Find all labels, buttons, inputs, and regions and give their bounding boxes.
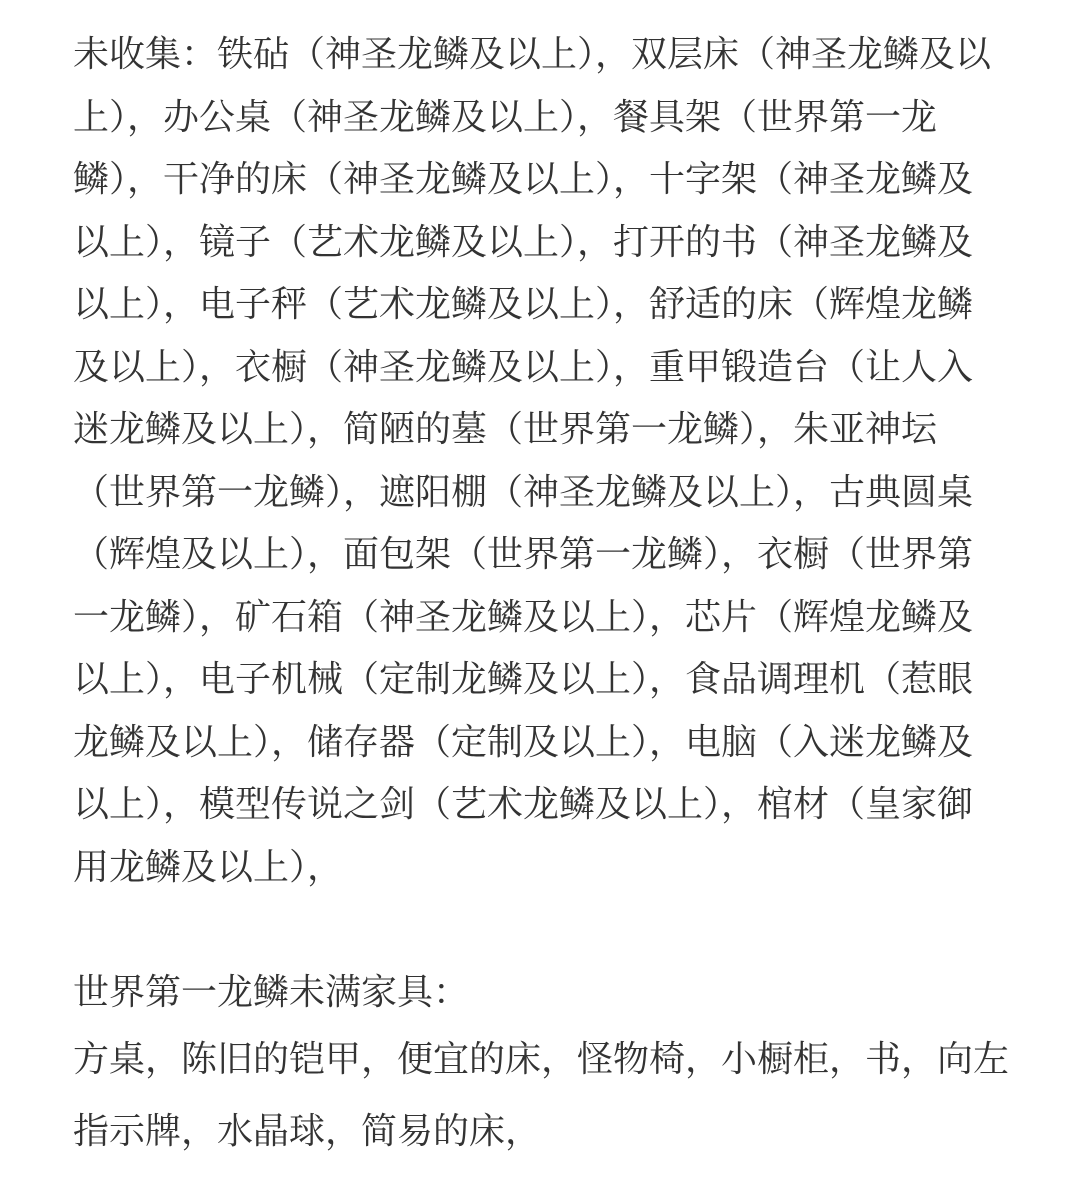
text-line: 以上），镜子（艺术龙鳞及以上），打开的书（神圣龙鳞及	[73, 211, 1050, 274]
text-line: 龙鳞及以上），储存器（定制及以上），电脑（入迷龙鳞及	[73, 711, 1050, 774]
text-line: 以上），电子秤（艺术龙鳞及以上），舒适的床（辉煌龙鳞	[73, 273, 1050, 336]
text-line: 方桌，陈旧的铠甲，便宜的床，怪物椅，小橱柜，书，向左	[73, 1023, 1050, 1095]
text-line: 一龙鳞），矿石箱（神圣龙鳞及以上），芯片（辉煌龙鳞及	[73, 586, 1050, 649]
text-line: 迷龙鳞及以上），简陋的墓（世界第一龙鳞），朱亚神坛	[73, 398, 1050, 461]
text-line: 用龙鳞及以上），	[73, 836, 1050, 899]
text-line: （世界第一龙鳞），遮阳棚（神圣龙鳞及以上），古典圆桌	[73, 461, 1050, 524]
text-line: 以上），电子机械（定制龙鳞及以上），食品调理机（惹眼	[73, 648, 1050, 711]
text-line: 指示牌，水晶球，简易的床，	[73, 1095, 1050, 1167]
incomplete-furniture-heading: 世界第一龙鳞未满家具：	[73, 961, 1050, 1024]
text-line: 及以上），衣橱（神圣龙鳞及以上），重甲锻造台（让人入	[73, 336, 1050, 399]
incomplete-furniture-paragraph: 方桌，陈旧的铠甲，便宜的床，怪物椅，小橱柜，书，向左指示牌，水晶球，简易的床，	[73, 1023, 1050, 1167]
note-document: 未收集：铁砧（神圣龙鳞及以上），双层床（神圣龙鳞及以上），办公桌（神圣龙鳞及以上…	[0, 0, 1080, 1187]
blank-line	[73, 898, 1050, 961]
text-line: 未收集：铁砧（神圣龙鳞及以上），双层床（神圣龙鳞及以	[73, 23, 1050, 86]
text-line: 上），办公桌（神圣龙鳞及以上），餐具架（世界第一龙	[73, 86, 1050, 149]
text-line: 鳞），干净的床（神圣龙鳞及以上），十字架（神圣龙鳞及	[73, 148, 1050, 211]
uncollected-items-paragraph: 未收集：铁砧（神圣龙鳞及以上），双层床（神圣龙鳞及以上），办公桌（神圣龙鳞及以上…	[73, 23, 1050, 898]
text-line: 以上），模型传说之剑（艺术龙鳞及以上），棺材（皇家御	[73, 773, 1050, 836]
text-line: （辉煌及以上），面包架（世界第一龙鳞），衣橱（世界第	[73, 523, 1050, 586]
